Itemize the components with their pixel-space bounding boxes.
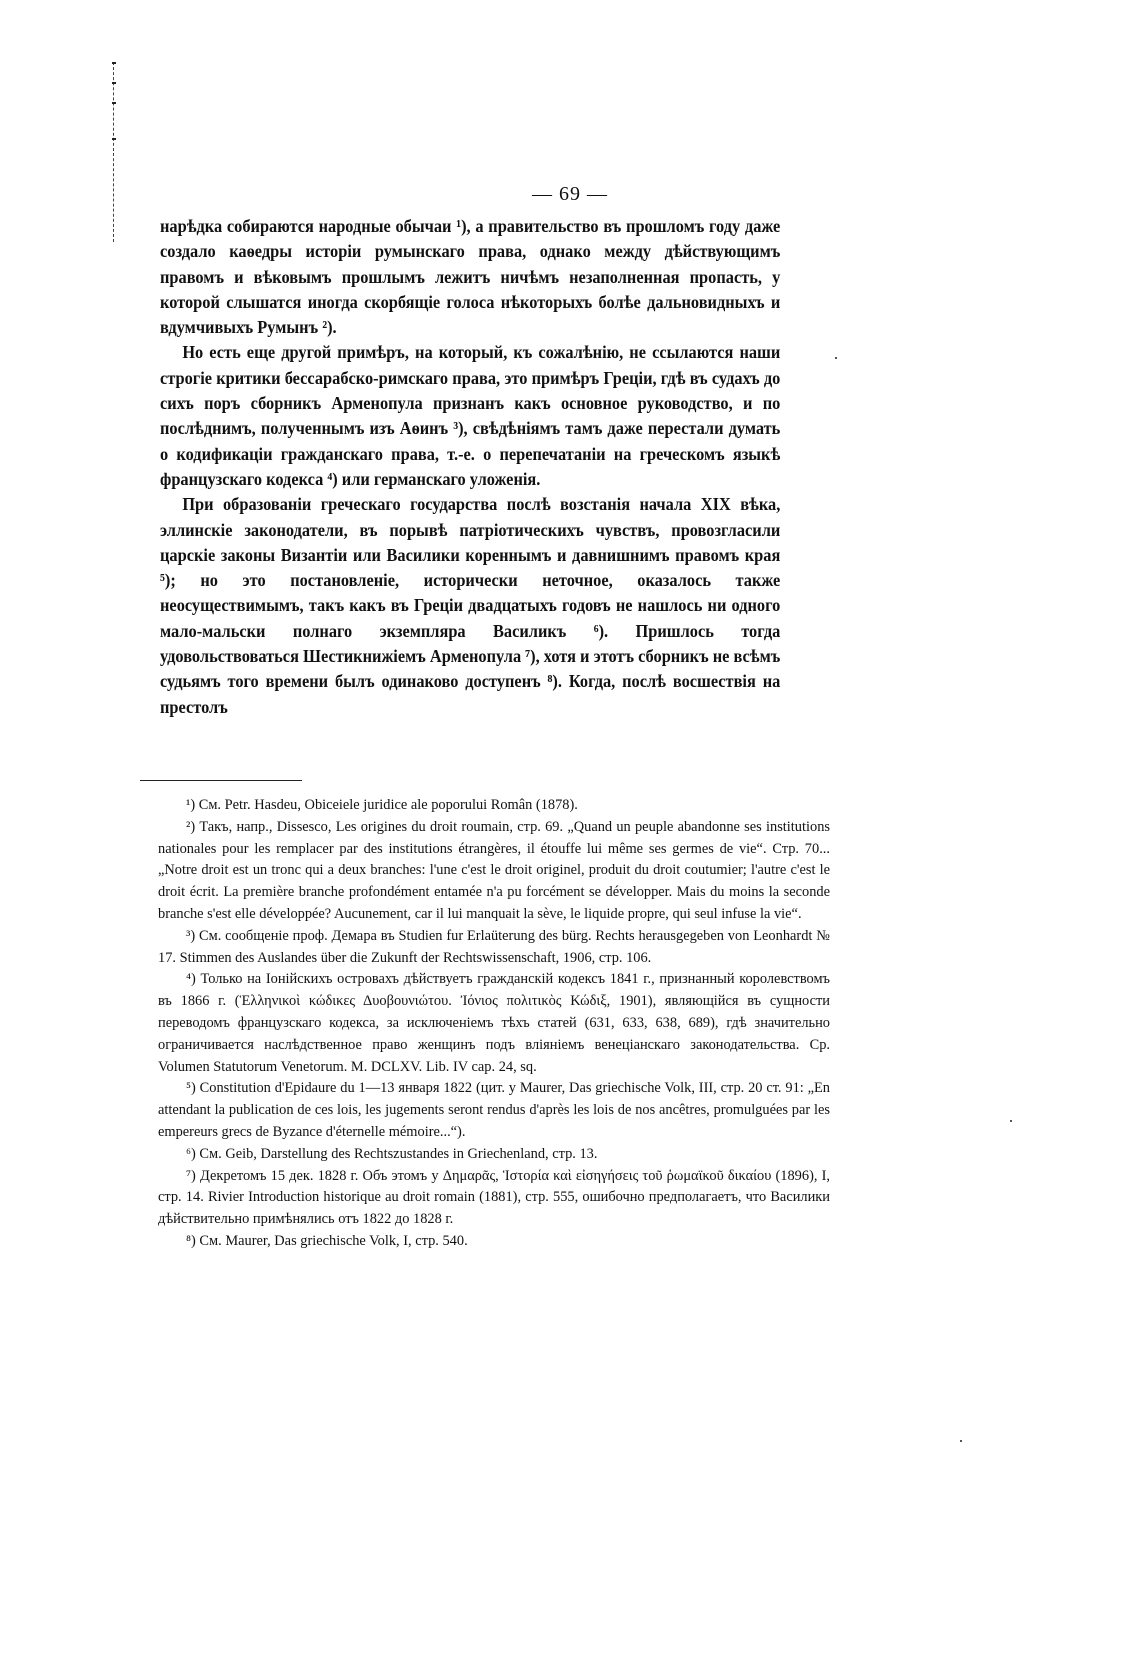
footnotes: ¹) См. Petr. Hasdeu, Obiceiele juridice …: [158, 795, 830, 1253]
footnote-text: См. сообщеніе проф. Демара въ Studien fu…: [158, 928, 830, 966]
footnote-mark: ²): [186, 819, 195, 835]
footnote: ⁶) См. Geib, Darstellung des Rechtszusta…: [158, 1144, 830, 1166]
footnote-mark: ⁴): [186, 971, 196, 987]
paragraph: Но есть еще другой примѣръ, на который, …: [160, 340, 780, 492]
footnote-mark: ³): [186, 928, 195, 944]
footnote: ¹) См. Petr. Hasdeu, Obiceiele juridice …: [158, 795, 830, 817]
footnote-text: См. Maurer, Das griechische Volk, I, стр…: [199, 1233, 467, 1249]
footnote: ²) Такъ, напр., Dissesco, Les origines d…: [158, 817, 830, 926]
footnote: ⁴) Только на Іонійскихъ островахъ дѣйств…: [158, 969, 830, 1078]
margin-tick: [112, 138, 116, 140]
footnote-mark: ⁸): [186, 1233, 196, 1249]
footnote: ⁷) Декретомъ 15 дек. 1828 г. Объ этомъ у…: [158, 1166, 830, 1231]
footnote-mark: ⁷): [186, 1168, 196, 1184]
footnote-mark: ¹): [186, 797, 195, 813]
margin-tick: [112, 82, 116, 84]
paragraph: нарѣдка собираются народные обычаи ¹), а…: [160, 214, 780, 340]
footnote-text: Только на Іонійскихъ островахъ дѣйствует…: [158, 971, 830, 1074]
scan-speck: [1010, 1120, 1012, 1122]
footnote: ³) См. сообщеніе проф. Демара въ Studien…: [158, 926, 830, 970]
footnote-mark: ⁵): [186, 1080, 196, 1096]
footnote-text: Декретомъ 15 дек. 1828 г. Объ этомъ у Δη…: [158, 1168, 830, 1228]
footnote-text: Constitution d'Epidaure du 1—13 января 1…: [158, 1080, 830, 1140]
footnote-text: Такъ, напр., Dissesco, Les origines du d…: [158, 819, 830, 922]
margin-binding-mark: [113, 62, 114, 242]
footnote: ⁸) См. Maurer, Das griechische Volk, I, …: [158, 1231, 830, 1253]
margin-tick: [112, 102, 116, 104]
paragraph: При образованіи греческаго государства п…: [160, 492, 780, 720]
scan-speck: [960, 1440, 962, 1442]
main-text: нарѣдка собираются народные обычаи ¹), а…: [160, 214, 780, 720]
scan-speck: [835, 357, 837, 359]
footnote-mark: ⁶): [186, 1146, 196, 1162]
footnote-separator: [140, 780, 302, 781]
margin-tick: [112, 62, 116, 64]
footnote-text: См. Geib, Darstellung des Rechtszustande…: [199, 1146, 597, 1162]
footnote-text: См. Petr. Hasdeu, Obiceiele juridice ale…: [199, 797, 578, 813]
page-number: — 69 —: [0, 183, 1140, 206]
footnote: ⁵) Constitution d'Epidaure du 1—13 январ…: [158, 1078, 830, 1143]
